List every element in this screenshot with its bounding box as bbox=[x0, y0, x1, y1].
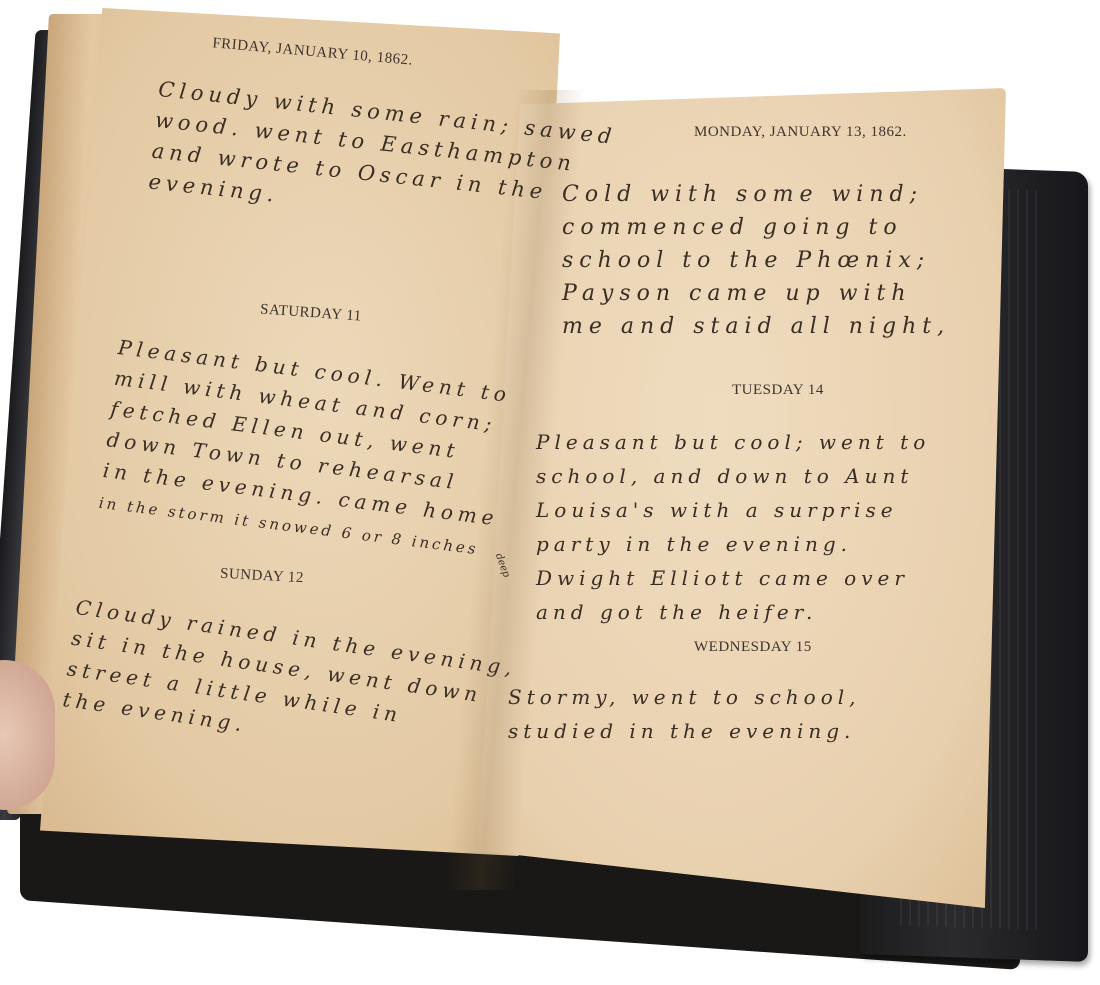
entry-text: Stormy, went to school, studied in the e… bbox=[508, 680, 861, 748]
entry-text: Cold with some wind; commenced going to … bbox=[562, 178, 950, 343]
entry-heading: MONDAY, JANUARY 13, 1862. bbox=[694, 124, 907, 141]
diary-photo: FRIDAY, JANUARY 10, 1862. Cloudy with so… bbox=[0, 0, 1100, 985]
entry-heading: TUESDAY 14 bbox=[732, 382, 824, 399]
entry-text: Pleasant but cool; went to school, and d… bbox=[536, 425, 930, 629]
entry-heading: WEDNESDAY 15 bbox=[694, 639, 812, 656]
